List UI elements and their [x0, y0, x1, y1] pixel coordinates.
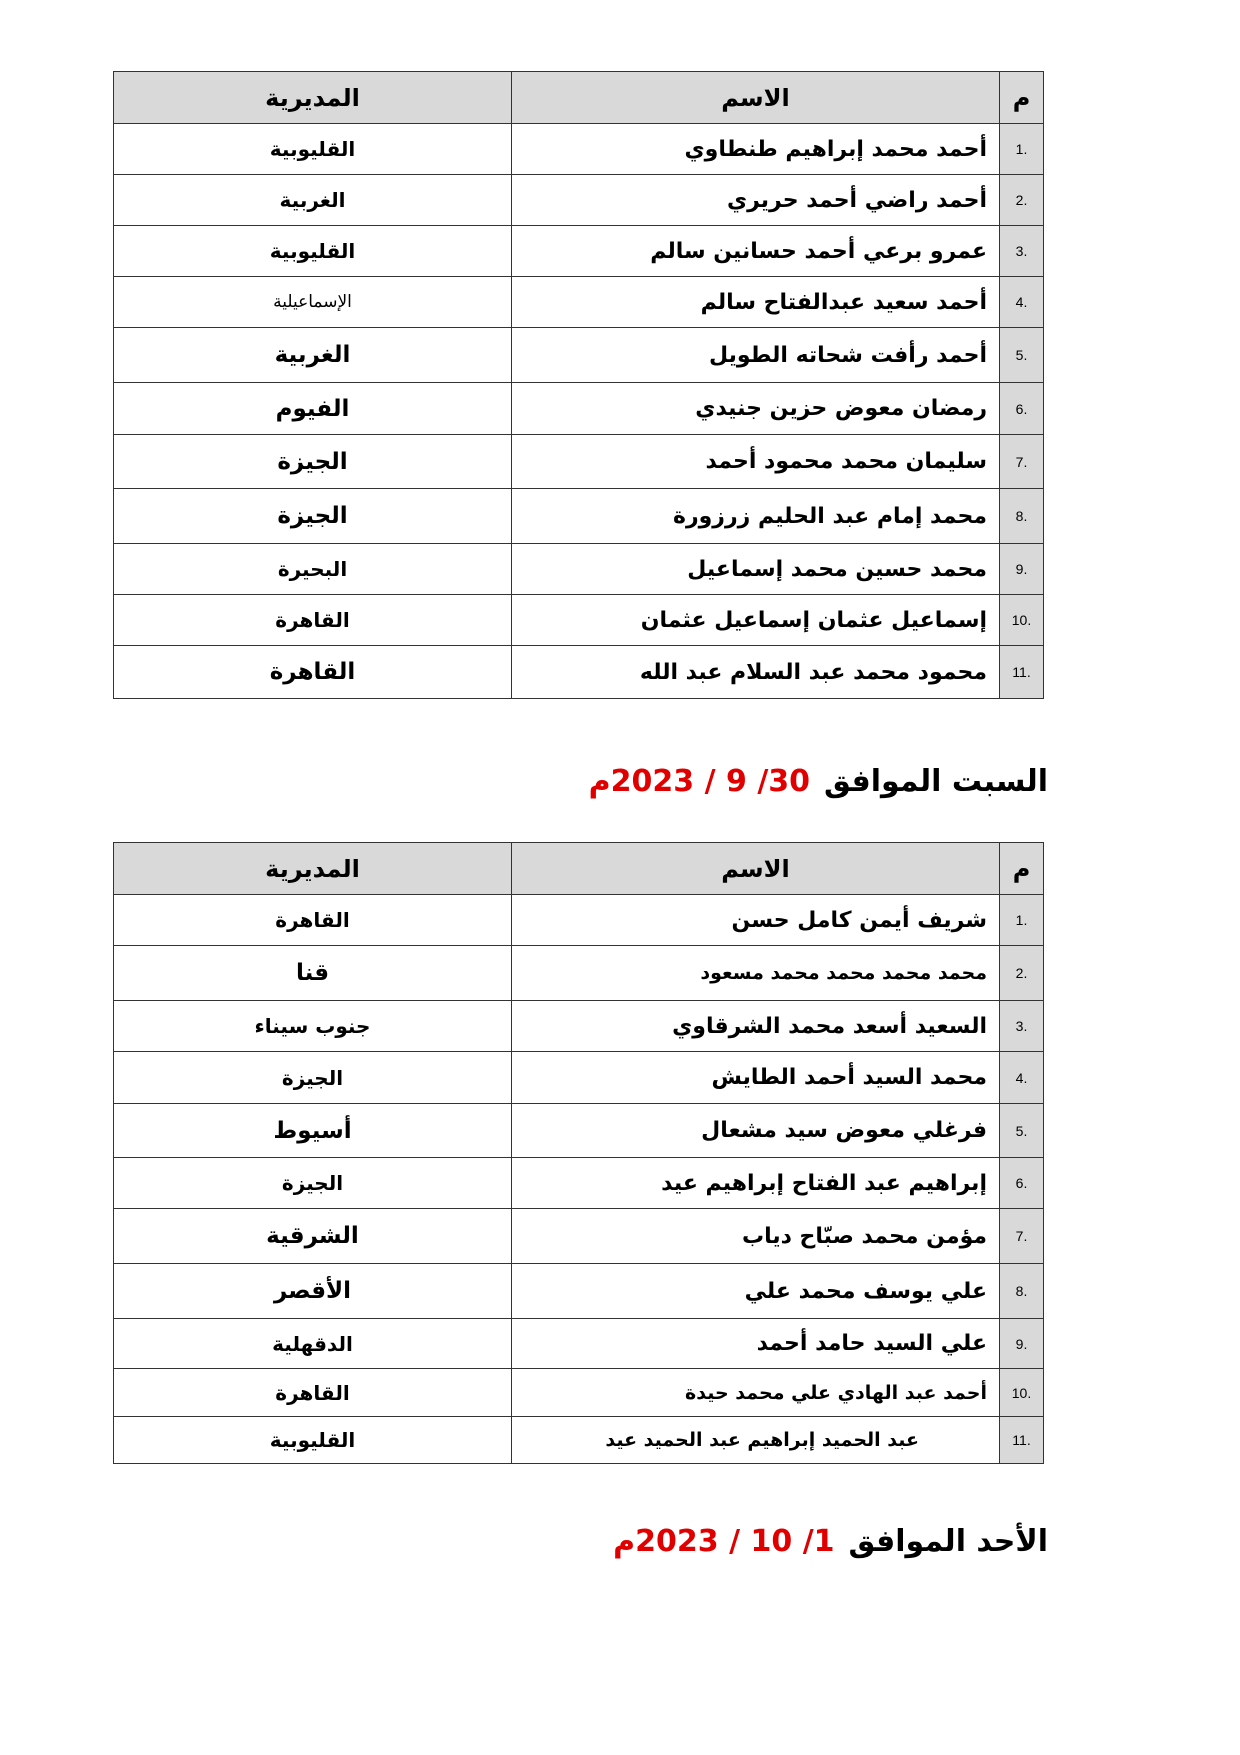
table-row: 7. مؤمن محمد صبّاح دياب الشرقية — [114, 1209, 1044, 1264]
row-dept: الغربية — [114, 175, 512, 226]
row-name: فرغلي معوض سيد مشعال — [512, 1104, 1000, 1158]
row-name: إسماعيل عثمان إسماعيل عثمان — [512, 595, 1000, 646]
row-dept: الجيزة — [114, 1052, 512, 1104]
row-number: 3. — [1000, 226, 1044, 277]
row-number: 2. — [1000, 946, 1044, 1001]
row-number: 5. — [1000, 1104, 1044, 1158]
column-header-dept: المديرية — [114, 72, 512, 124]
row-dept: القاهرة — [114, 646, 512, 699]
row-name: محمود محمد عبد السلام عبد الله — [512, 646, 1000, 699]
date-value: 30/ 9 / 2023م — [589, 764, 810, 799]
table-row: 9. محمد حسين محمد إسماعيل البحيرة — [114, 544, 1044, 595]
row-dept: الجيزة — [114, 435, 512, 489]
table-row: 11. عبد الحميد إبراهيم عبد الحميد عيد ال… — [114, 1417, 1044, 1464]
row-number: 10. — [1000, 595, 1044, 646]
row-number: 6. — [1000, 383, 1044, 435]
row-dept: البحيرة — [114, 544, 512, 595]
row-dept: القليوبية — [114, 1417, 512, 1464]
table-row: 5. فرغلي معوض سيد مشعال أسيوط — [114, 1104, 1044, 1158]
row-name: سليمان محمد محمود أحمد — [512, 435, 1000, 489]
day-heading-saturday: السبت الموافق30/ 9 / 2023م — [589, 764, 1048, 799]
column-header-name: الاسم — [512, 72, 1000, 124]
row-dept: الغربية — [114, 328, 512, 383]
row-dept: قنا — [114, 946, 512, 1001]
table-row: 1. أحمد محمد إبراهيم طنطاوي القليوبية — [114, 124, 1044, 175]
table-row: 11. محمود محمد عبد السلام عبد الله القاه… — [114, 646, 1044, 699]
row-name: أحمد رأفت شحاته الطويل — [512, 328, 1000, 383]
row-number: 3. — [1000, 1001, 1044, 1052]
table-row: 1. شريف أيمن كامل حسن القاهرة — [114, 895, 1044, 946]
table-row: 2. أحمد راضي أحمد حريري الغربية — [114, 175, 1044, 226]
row-number: 9. — [1000, 544, 1044, 595]
row-name: رمضان معوض حزين جنيدي — [512, 383, 1000, 435]
row-name: علي يوسف محمد علي — [512, 1264, 1000, 1319]
row-name: محمد السيد أحمد الطايش — [512, 1052, 1000, 1104]
row-name: أحمد عبد الهادي علي محمد حيدة — [512, 1369, 1000, 1417]
schedule-table-2: م الاسم المديرية 1. شريف أيمن كامل حسن ا… — [113, 842, 1044, 1464]
row-dept: القاهرة — [114, 895, 512, 946]
row-name: عبد الحميد إبراهيم عبد الحميد عيد — [512, 1417, 1000, 1464]
row-dept: أسيوط — [114, 1104, 512, 1158]
table-row: 5. أحمد رأفت شحاته الطويل الغربية — [114, 328, 1044, 383]
row-number: 4. — [1000, 1052, 1044, 1104]
row-name: السعيد أسعد محمد الشرقاوي — [512, 1001, 1000, 1052]
column-header-name: الاسم — [512, 843, 1000, 895]
row-dept: الأقصر — [114, 1264, 512, 1319]
column-header-dept: المديرية — [114, 843, 512, 895]
column-header-num: م — [1000, 72, 1044, 124]
row-name: علي السيد حامد أحمد — [512, 1319, 1000, 1369]
table-row: 9. علي السيد حامد أحمد الدقهلية — [114, 1319, 1044, 1369]
row-number: 10. — [1000, 1369, 1044, 1417]
row-number: 4. — [1000, 277, 1044, 328]
day-label: السبت الموافق — [824, 764, 1048, 799]
schedule-table-1: م الاسم المديرية 1. أحمد محمد إبراهيم طن… — [113, 71, 1044, 699]
table-row: 6. إبراهيم عبد الفتاح إبراهيم عيد الجيزة — [114, 1158, 1044, 1209]
row-dept: الشرقية — [114, 1209, 512, 1264]
row-dept: جنوب سيناء — [114, 1001, 512, 1052]
row-number: 1. — [1000, 124, 1044, 175]
row-name: محمد محمد محمد محمد مسعود — [512, 946, 1000, 1001]
table-row: 2. محمد محمد محمد محمد مسعود قنا — [114, 946, 1044, 1001]
row-number: 11. — [1000, 646, 1044, 699]
row-name: إبراهيم عبد الفتاح إبراهيم عيد — [512, 1158, 1000, 1209]
row-number: 2. — [1000, 175, 1044, 226]
table-header-row: م الاسم المديرية — [114, 72, 1044, 124]
table-row: 6. رمضان معوض حزين جنيدي الفيوم — [114, 383, 1044, 435]
table-row: 8. علي يوسف محمد علي الأقصر — [114, 1264, 1044, 1319]
row-number: 7. — [1000, 435, 1044, 489]
row-dept: الجيزة — [114, 489, 512, 544]
row-dept: القليوبية — [114, 226, 512, 277]
row-dept: القليوبية — [114, 124, 512, 175]
row-name: أحمد محمد إبراهيم طنطاوي — [512, 124, 1000, 175]
table-row: 3. عمرو برعي أحمد حسانين سالم القليوبية — [114, 226, 1044, 277]
row-name: أحمد سعيد عبدالفتاح سالم — [512, 277, 1000, 328]
row-dept: القاهرة — [114, 595, 512, 646]
row-number: 11. — [1000, 1417, 1044, 1464]
row-number: 6. — [1000, 1158, 1044, 1209]
table-row: 7. سليمان محمد محمود أحمد الجيزة — [114, 435, 1044, 489]
row-dept: الفيوم — [114, 383, 512, 435]
table-row: 3. السعيد أسعد محمد الشرقاوي جنوب سيناء — [114, 1001, 1044, 1052]
table-row: 10. إسماعيل عثمان إسماعيل عثمان القاهرة — [114, 595, 1044, 646]
row-name: شريف أيمن كامل حسن — [512, 895, 1000, 946]
row-dept: الدقهلية — [114, 1319, 512, 1369]
date-value: 1/ 10 / 2023م — [613, 1524, 834, 1559]
row-number: 7. — [1000, 1209, 1044, 1264]
table-row: 8. محمد إمام عبد الحليم زرزورة الجيزة — [114, 489, 1044, 544]
table-row: 10. أحمد عبد الهادي علي محمد حيدة القاهر… — [114, 1369, 1044, 1417]
row-number: 5. — [1000, 328, 1044, 383]
row-number: 1. — [1000, 895, 1044, 946]
row-number: 8. — [1000, 489, 1044, 544]
row-name: أحمد راضي أحمد حريري — [512, 175, 1000, 226]
table-header-row: م الاسم المديرية — [114, 843, 1044, 895]
column-header-num: م — [1000, 843, 1044, 895]
row-number: 8. — [1000, 1264, 1044, 1319]
row-name: عمرو برعي أحمد حسانين سالم — [512, 226, 1000, 277]
row-dept: القاهرة — [114, 1369, 512, 1417]
row-dept: الجيزة — [114, 1158, 512, 1209]
row-dept: الإسماعيلية — [114, 277, 512, 328]
row-name: محمد إمام عبد الحليم زرزورة — [512, 489, 1000, 544]
day-label: الأحد الموافق — [849, 1524, 1048, 1559]
day-heading-sunday: الأحد الموافق1/ 10 / 2023م — [613, 1524, 1048, 1559]
row-name: محمد حسين محمد إسماعيل — [512, 544, 1000, 595]
table-row: 4. محمد السيد أحمد الطايش الجيزة — [114, 1052, 1044, 1104]
table-row: 4. أحمد سعيد عبدالفتاح سالم الإسماعيلية — [114, 277, 1044, 328]
row-number: 9. — [1000, 1319, 1044, 1369]
row-name: مؤمن محمد صبّاح دياب — [512, 1209, 1000, 1264]
